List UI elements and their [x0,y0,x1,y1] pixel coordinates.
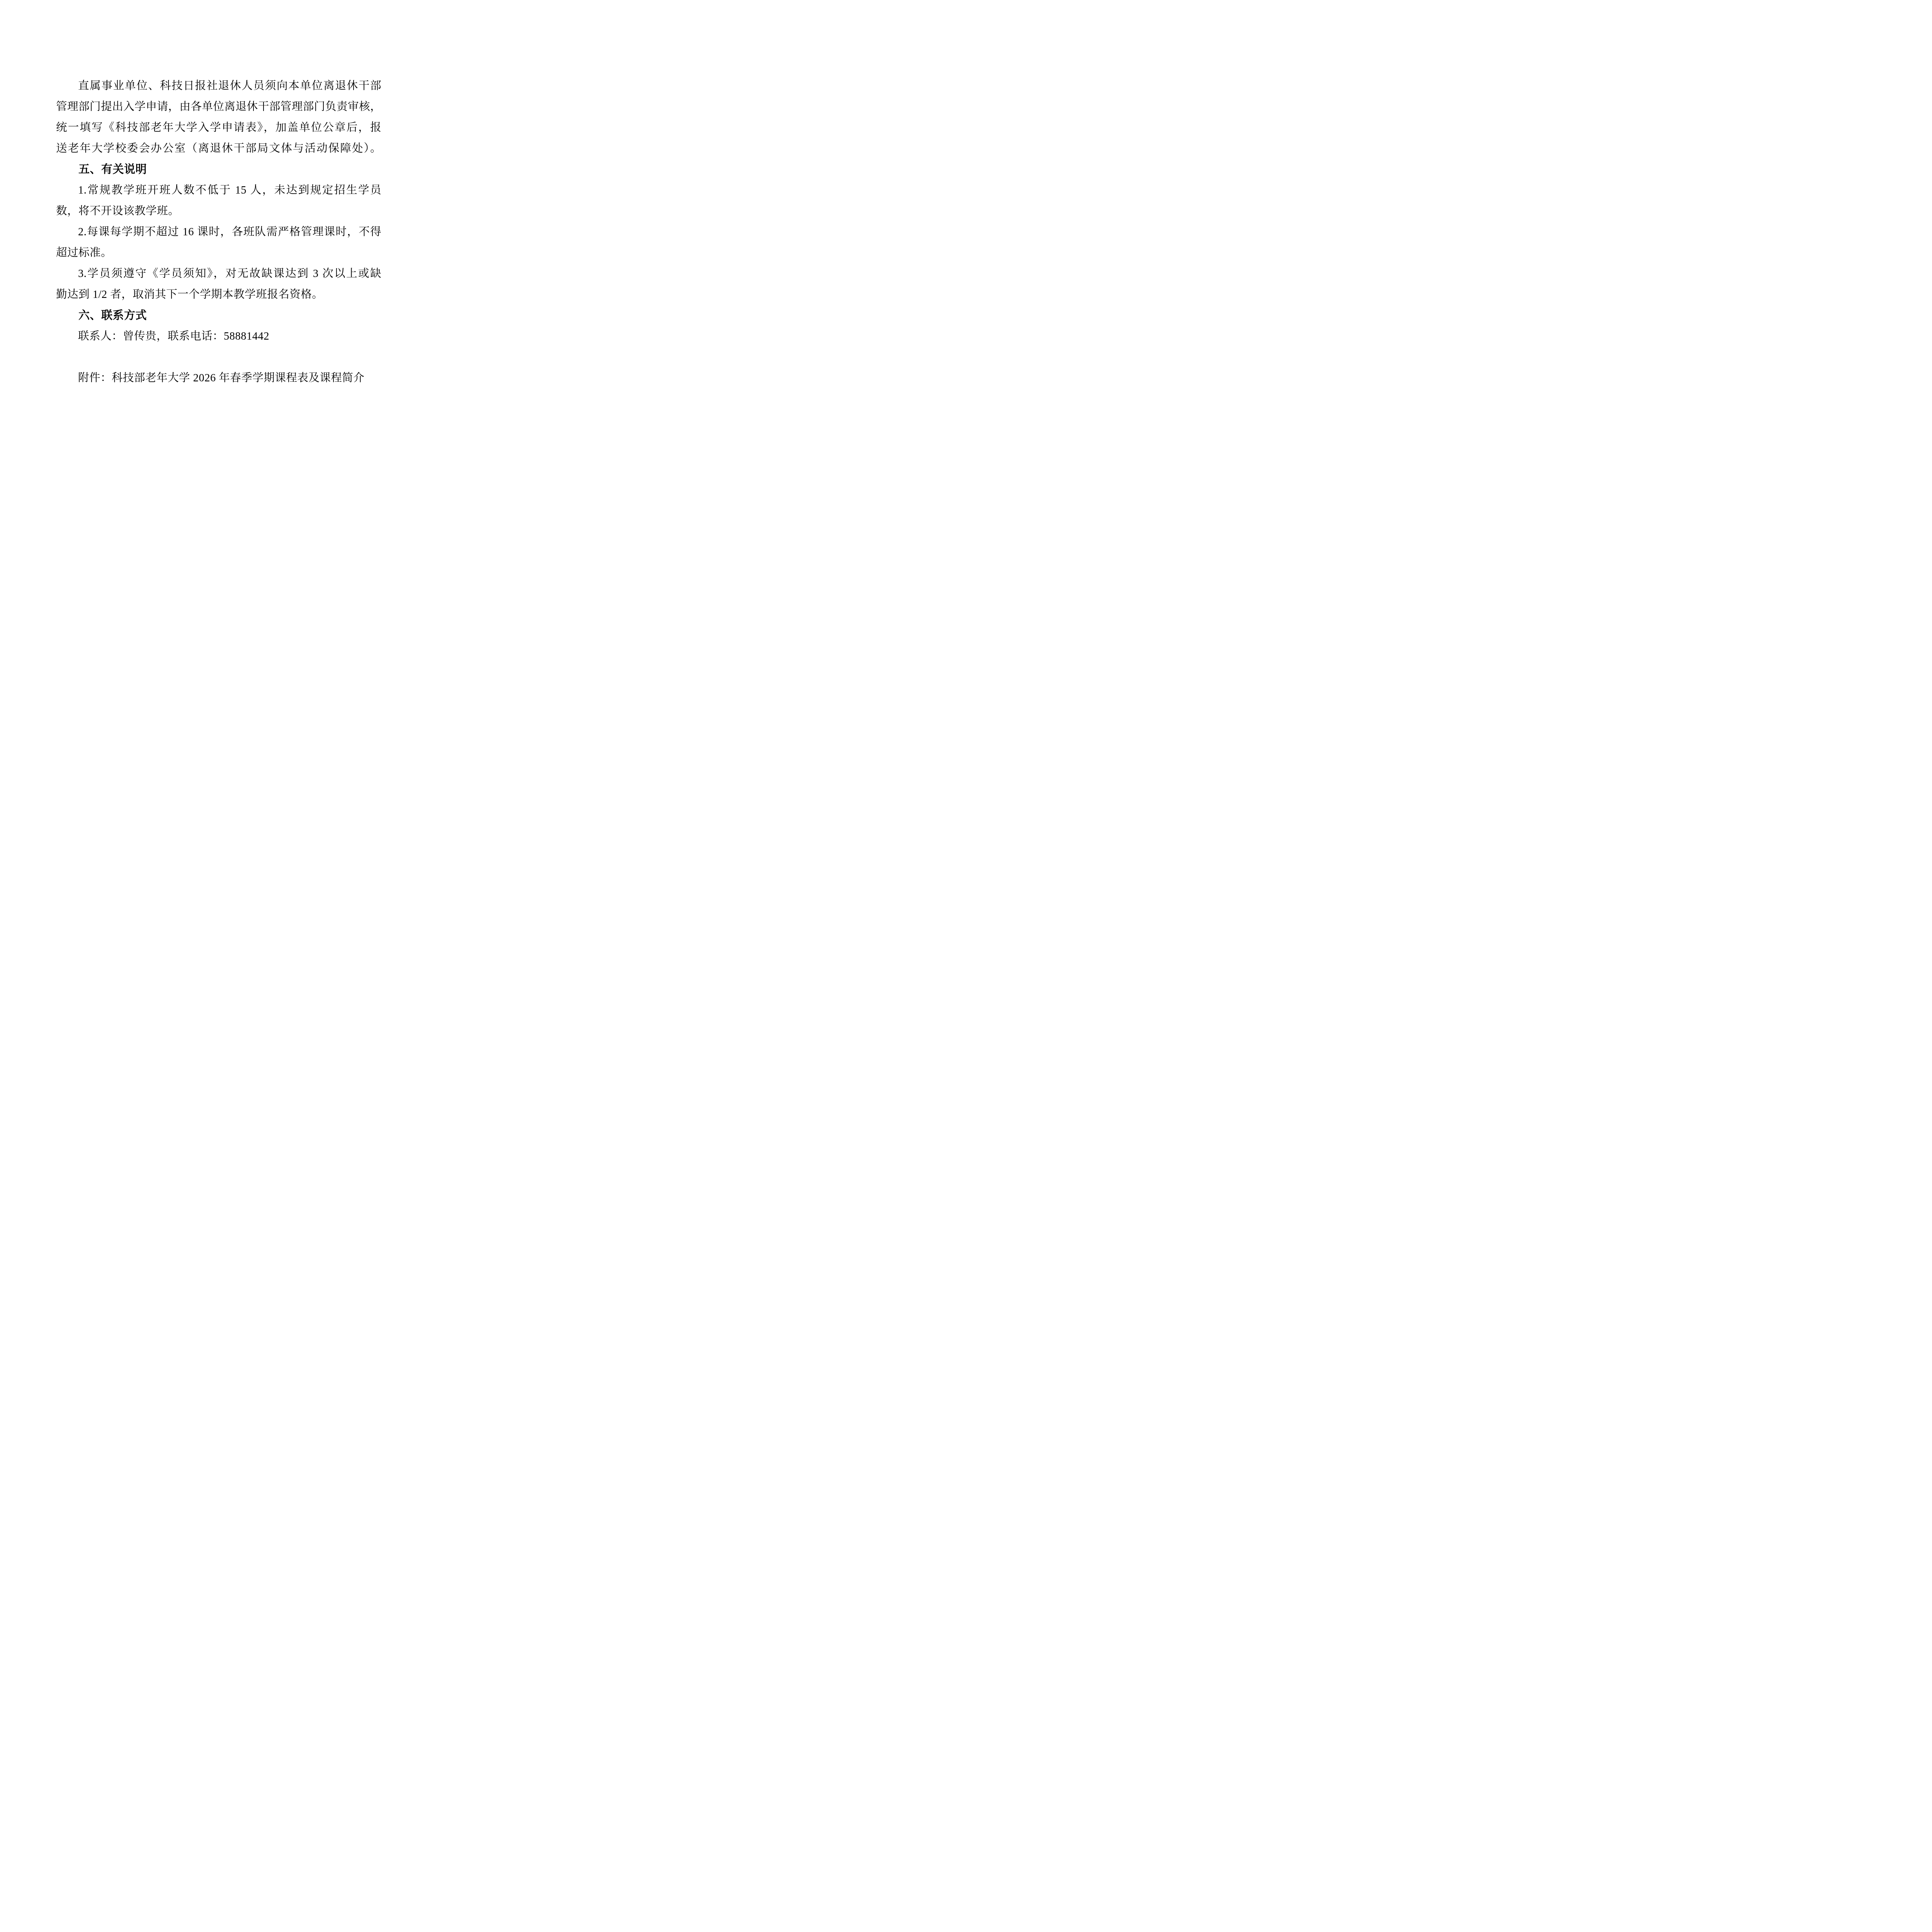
note-2-line-1: 2.每课每学期不超过 16 课时，各班队需严格管理课时，不得 [56,222,381,243]
contact-line: 联系人：曾传贵，联系电话：58881442 [56,326,381,347]
spacer-line [56,347,381,368]
para-1-line-2: 管理部门提出入学申请，由各单位离退休干部管理部门负责审核， [56,97,381,117]
para-1-line-1: 直属事业单位、科技日报社退休人员须向本单位离退休干部 [56,76,381,97]
document-body: 直属事业单位、科技日报社退休人员须向本单位离退休干部 管理部门提出入学申请，由各… [56,76,381,389]
heading-section-5: 五、有关说明 [56,159,381,180]
note-1-line-2: 数，将不开设该教学班。 [56,201,381,222]
note-3-line-1: 3.学员须遵守《学员须知》，对无故缺课达到 3 次以上或缺 [56,264,381,284]
note-3-line-2: 勤达到 1/2 者，取消其下一个学期本教学班报名资格。 [56,284,381,305]
note-2-line-2: 超过标准。 [56,243,381,264]
note-1-line-1: 1.常规教学班开班人数不低于 15 人，未达到规定招生学员 [56,180,381,201]
document-page: 直属事业单位、科技日报社退休人员须向本单位离退休干部 管理部门提出入学申请，由各… [0,0,429,607]
attachment-line: 附件：科技部老年大学 2026 年春季学期课程表及课程简介 [56,368,381,389]
para-1-line-3: 统一填写《科技部老年大学入学申请表》，加盖单位公章后，报 [56,117,381,138]
heading-section-6: 六、联系方式 [56,305,381,326]
para-1-line-4: 送老年大学校委会办公室（离退休干部局文体与活动保障处）。 [56,138,381,159]
